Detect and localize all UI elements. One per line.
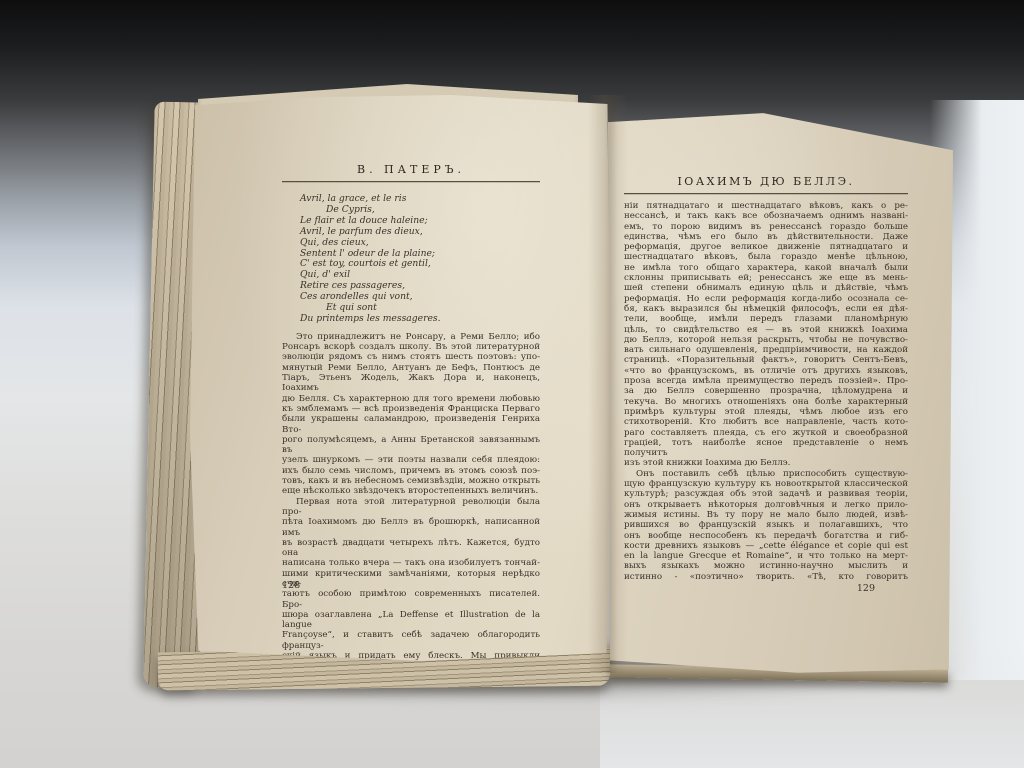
text-line: изъ этой книжки Іоахима дю Беллэ. [624,458,908,468]
poem-line: Du printemps les messageres. [300,314,540,325]
text-line: ихъ было семь числомъ, причемъ въ этомъ … [282,466,540,476]
text-line: емъ, то порою видимъ въ ренессансѣ гораз… [624,222,908,232]
text-line: за дю Беллэ совершенно прозрачна, цѣлому… [624,386,908,396]
text-line: Тіаръ, Этьенъ Жодель, Жакъ Дора и, након… [282,373,540,394]
text-line: шими критическими замѣчаніями, которыя н… [282,569,540,590]
text-line: рого полумѣсяцемъ, а Анны Бретанской зав… [282,435,540,456]
text-line: Онъ поставилъ себѣ цѣлью приспособить су… [624,469,908,479]
left-page-content: В. ПАТЕРЪ. Avril, la grace, et le risDe … [282,164,540,692]
text-line: шюра озаглавлена „La Deffense et Illustr… [282,610,540,631]
text-line: цѣль, то свидѣтельство ея — въ этой книж… [624,325,908,335]
text-line: Это принадлежитъ не Ронсару, а Реми Белл… [282,332,540,342]
text-line: дю Белля. Съ характерною для того времен… [282,394,540,404]
right-header-rule [624,193,908,194]
text-line: реформація, другое великое движеніе пятн… [624,242,908,252]
right-paragraph-1: ніи пятнадцатаго и шестнадцатаго вѣковъ,… [624,201,908,469]
right-page-number: 129 [857,583,875,594]
text-line: ніи пятнадцатаго и шестнадцатаго вѣковъ,… [624,201,908,211]
text-line: страницѣ. «Поразительный фактъ», говорит… [624,355,908,365]
text-line: единства, чѣмъ его было въ дѣйствительно… [624,232,908,242]
text-line: пѣта Іоахимомъ дю Беллэ въ брошюркѣ, нап… [282,517,540,538]
text-line: написана только вчера — такъ она изобилу… [282,558,540,568]
text-line: къ эмблемамъ — всѣ произведенія Франциск… [282,404,540,414]
text-line: щую французскую культуру къ новооткрытой… [624,479,908,489]
text-line: реформація. Но если реформація когда-либ… [624,294,908,304]
left-paragraph-1: Это принадлежитъ не Ронсару, а Реми Белл… [282,332,540,497]
text-line: товъ, какъ и въ небесномъ семизвѣздіи, м… [282,476,540,486]
text-line: шестнадцатаго вѣковъ, была гораздо менѣе… [624,252,908,262]
left-header-rule [282,181,540,182]
text-line: выхъ языкахъ можно истинно-научно мыслит… [624,561,908,571]
text-line: истинно - «поэтично» творить. «Тѣ, кто г… [624,572,908,582]
text-line: дю Беллэ, которой нельзя раскрыть, чтобы… [624,335,908,345]
text-line: нессансѣ, и такъ какъ все обозначаемъ од… [624,211,908,221]
text-line: эволюціи рядомъ съ нимъ стоятъ шесть поэ… [282,352,540,362]
text-line: текуча. Во многихъ отношеніяхъ она болѣе… [624,397,908,407]
poem-line: Qui, des cieux, [300,238,540,249]
text-line: еще нѣсколько звѣздочекъ второстепенныхъ… [282,486,540,496]
text-line: культурѣ; разсуждая объ этой задачѣ и ра… [624,489,908,499]
text-line: жимыя истины. Въ ту пору не мало было лю… [624,510,908,520]
text-line: кости древнихъ языковъ — „cette élégance… [624,541,908,551]
left-page: В. ПАТЕРЪ. Avril, la grace, et le risDe … [190,95,610,661]
text-line: онъ вообще неспособенъ къ передачѣ богат… [624,531,908,541]
gutter-shadow [588,95,628,673]
text-line: мянутый Реми Белло, Антуанъ де Бефъ, Пон… [282,363,540,373]
text-line: онъ открываетъ нѣкоторыя долговѣчныя и л… [624,500,908,510]
right-page-content: ІОАХИМЪ ДЮ БЕЛЛЭ. ніи пятнадцатаго и шес… [624,176,908,582]
text-line: въ возрастѣ двадцати четырехъ лѣтъ. Каже… [282,538,540,559]
text-line: примѣръ культуры этой плеяды, чѣмъ любое… [624,407,908,417]
left-page-number: 128 [282,580,300,591]
text-line: Françoyse“, и ставитъ себѣ задачею облаг… [282,630,540,651]
text-line: тели, вообще, имѣли передъ глазами плано… [624,314,908,324]
text-line: раго составляетъ плеяда, съ его жуткой и… [624,428,908,438]
text-line: Ронсаръ вскорѣ создалъ школу. Въ этой ли… [282,342,540,352]
right-paragraph-2: Онъ поставилъ себѣ цѣлью приспособить су… [624,469,908,582]
right-running-head: ІОАХИМЪ ДЮ БЕЛЛЭ. [624,176,908,188]
text-line: вать сильнаго одушевленія, предпріимчиво… [624,345,908,355]
text-line: рившихся во французскій языкъ и полагавш… [624,520,908,530]
french-poem: Avril, la grace, et le risDe Cypris,Le f… [300,194,540,325]
text-line: Первая нота этой литературной революціи … [282,497,540,518]
text-line: стихотвореній. Кто любитъ все направлені… [624,417,908,427]
left-running-head: В. ПАТЕРЪ. [282,164,540,176]
text-line: таютъ особою примѣтою современныхъ писат… [282,589,540,610]
right-page: ІОАХИМЪ ДЮ БЕЛЛЭ. ніи пятнадцатаго и шес… [608,112,953,675]
text-line: en la langue Grecque et Romaine“, и что … [624,551,908,561]
book-photo-scene: В. ПАТЕРЪ. Avril, la grace, et le risDe … [0,0,1024,768]
text-line: склонны приписывать ей; ренессансъ же ещ… [624,273,908,283]
text-line: проза всегда имѣла преимущество передъ п… [624,376,908,386]
poem-line: Avril, le parfum des dieux, [300,227,540,238]
text-line: не имѣла того общаго характера, какой вн… [624,263,908,273]
text-line: бя, какъ выразился бы нѣмецкій философъ,… [624,304,908,314]
text-line: граціей, тотъ наиболѣе ясное представлен… [624,438,908,459]
text-line: шей степени обнималъ единую цѣль и дѣйст… [624,283,908,293]
text-line: «что во французскомъ, въ отличіе отъ дру… [624,366,908,376]
text-line: были украшены саламандрою, произведенія … [282,414,540,435]
text-line: узелъ шнуркомъ — эти поэты назвали себя … [282,455,540,465]
